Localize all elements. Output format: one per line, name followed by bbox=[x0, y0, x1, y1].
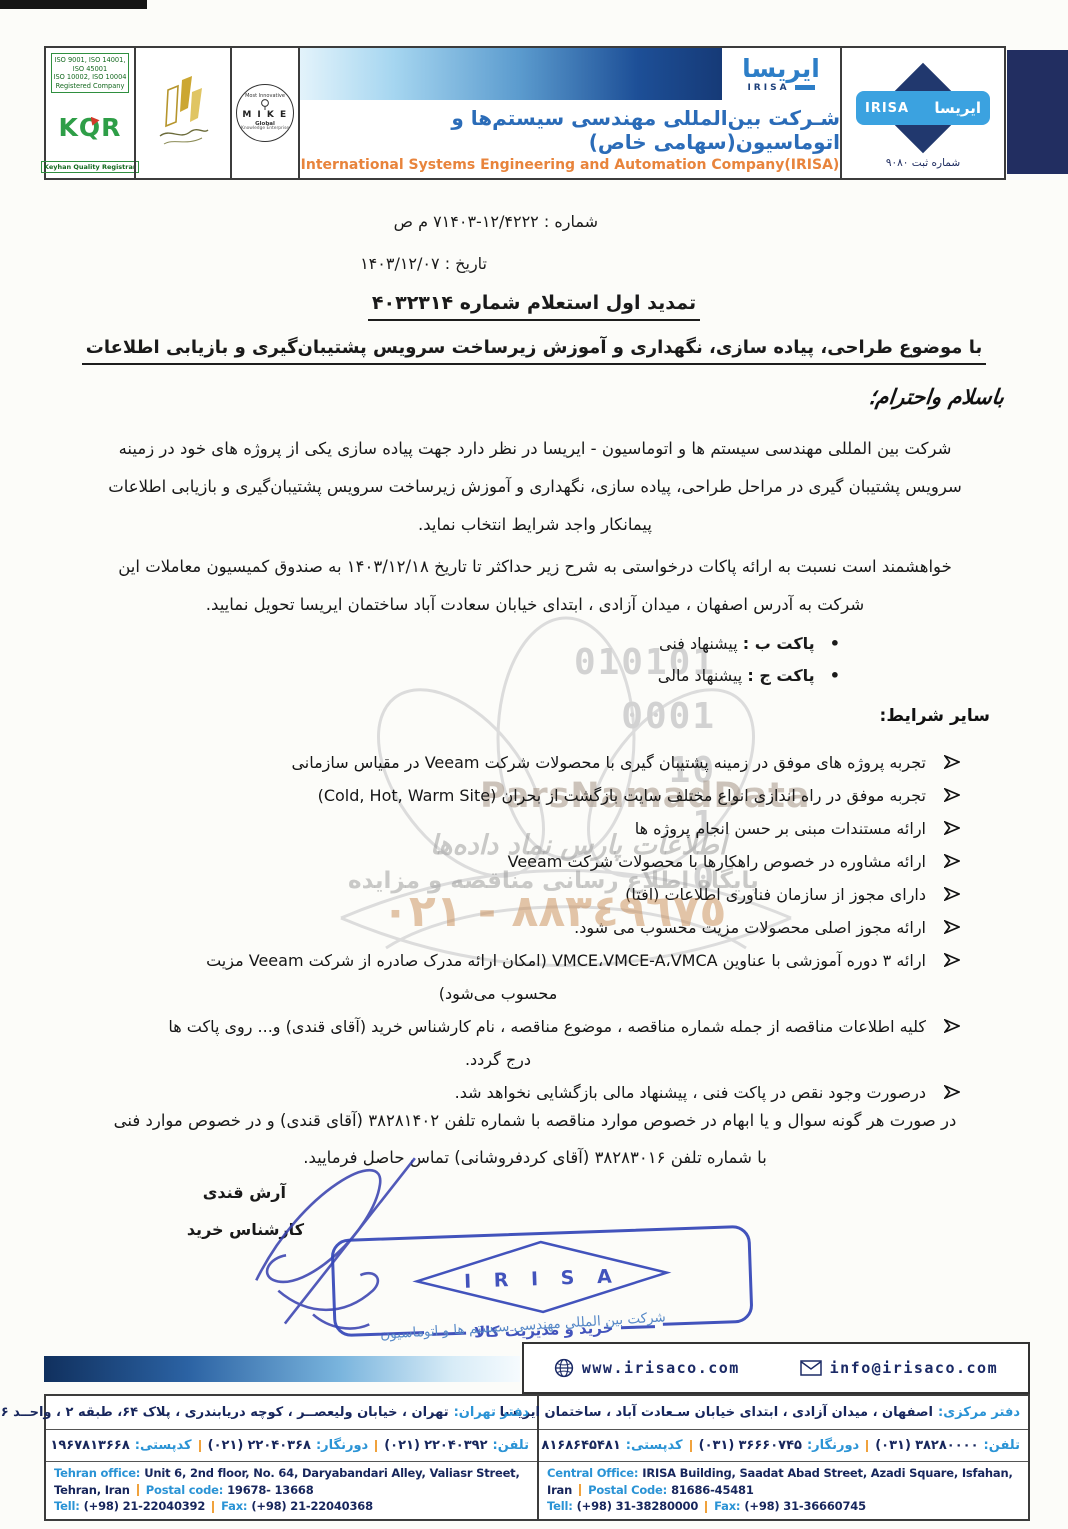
postal-value: ۱۹۶۷۸۱۳۶۶۸ bbox=[50, 1438, 129, 1453]
email-link[interactable]: info@irisaco.com bbox=[800, 1359, 999, 1377]
packet-label: پاکت ب : bbox=[743, 634, 815, 653]
fax-value: ۳۶۶۶۰۷۴۵ bbox=[738, 1438, 801, 1453]
arrow-bullet-icon bbox=[944, 821, 960, 835]
paragraph-line: پیمانکار واجد شرایط انتخاب نماید. bbox=[66, 506, 1004, 544]
divider bbox=[690, 1440, 692, 1452]
paragraph-line: شرکت به آدرس اصفهان ، میدان آزادی ، ابتد… bbox=[66, 586, 1004, 624]
fax-label-en: Fax: bbox=[714, 1499, 740, 1513]
divider bbox=[212, 1501, 214, 1513]
kqr-certification-logo: ISO 9001, ISO 14001, ISO 45001 ISO 10002… bbox=[46, 48, 134, 178]
irisa-wordmark-en: IRISA bbox=[747, 83, 789, 93]
letter-number-label: شماره : bbox=[544, 212, 598, 231]
paragraph-line: با شماره تلفن ۳۸۲۸۳۰۱۶ (آقای کردفروشانی)… bbox=[66, 1139, 1004, 1176]
paragraph-intro: شرکت بین المللی مهندسی سیستم ها و اتوماس… bbox=[66, 430, 1004, 544]
arrow-bullet-icon bbox=[944, 953, 960, 967]
letterhead-main-cell: ایریسا IRISA شـرکت بین‌المللی مهندسی سیس… bbox=[298, 48, 840, 178]
list-item: تجربه پروژه های موفق در زمینه پشتیبان گی… bbox=[70, 746, 962, 779]
tehran-phone-row: تلفن: ۲۲۰۴۰۳۹۲ (۰۲۱) دورنگار: ۲۲۰۴۰۳۶۸ (… bbox=[46, 1430, 537, 1462]
postal-label: کدپستی: bbox=[626, 1438, 683, 1453]
conditions-heading: سایر شرایط: bbox=[880, 706, 990, 726]
central-office-address-en: IRISA Building, Saadat Abad Street, Azad… bbox=[642, 1466, 1012, 1480]
navy-side-band bbox=[1007, 50, 1068, 174]
postal-label-en: Postal Code: bbox=[588, 1483, 667, 1497]
iso-standards-box: ISO 9001, ISO 14001, ISO 45001 ISO 10002… bbox=[51, 53, 129, 93]
website-url[interactable]: www.irisaco.com bbox=[582, 1359, 740, 1377]
arrow-bullet-icon bbox=[944, 1085, 960, 1099]
tel-value-en: (+98) 31-38280000 bbox=[577, 1499, 699, 1513]
divider bbox=[866, 1440, 868, 1452]
divider bbox=[199, 1440, 201, 1452]
tel-label-en: Tell: bbox=[547, 1499, 573, 1513]
fax-area-code: (۰۲۱) bbox=[208, 1438, 244, 1453]
fax-value-en: (+98) 21-22040368 bbox=[251, 1499, 373, 1513]
paragraph-line: شرکت بین المللی مهندسی سیستم ها و اتوماس… bbox=[66, 430, 1004, 468]
tel-label: تلفن: bbox=[493, 1438, 529, 1453]
tel-area-code: (۰۲۱) bbox=[384, 1438, 420, 1453]
iso-line-2: ISO 10002, ISO 10004 bbox=[53, 73, 127, 82]
list-item: ارائه مستندات مبنی بر حسن انجام پروژه ها bbox=[70, 812, 962, 845]
mike-circle-icon: Most Innovative M I K E Global Knowledge… bbox=[236, 84, 294, 142]
footer-gradient-bar bbox=[44, 1356, 520, 1382]
list-item: • پاکت ب : پیشنهاد فنی bbox=[658, 628, 840, 660]
excellence-award-logo bbox=[134, 48, 230, 178]
conditions-list: تجربه پروژه های موفق در زمینه پشتیبان گی… bbox=[70, 746, 962, 1109]
blue-gradient-band bbox=[300, 48, 722, 100]
scan-artifact bbox=[0, 0, 147, 9]
fax-label: دورنگار: bbox=[807, 1438, 859, 1453]
tel-label-en: Tell: bbox=[54, 1499, 80, 1513]
fax-label: دورنگار: bbox=[316, 1438, 368, 1453]
list-item-continuation: محسوب می‌شود) bbox=[70, 977, 926, 1010]
tehran-english-block: Tehran office:Unit 6, 2nd floor, No. 64,… bbox=[46, 1462, 537, 1519]
central-office-label: دفتر مرکزی: bbox=[938, 1405, 1020, 1420]
email-address[interactable]: info@irisaco.com bbox=[830, 1359, 999, 1377]
header-gradient-strip: ایریسا IRISA bbox=[300, 48, 840, 100]
country-en: Iran bbox=[547, 1483, 572, 1497]
postal-label: کدپستی: bbox=[135, 1438, 192, 1453]
list-item-continuation: درج گردد. bbox=[70, 1043, 926, 1076]
tehran-office-address: تهران ، خیابان ولیعصــر ، کوچه دریابندری… bbox=[1, 1405, 449, 1420]
postal-value: ۸۱۶۸۶۴۵۴۸۱ bbox=[541, 1438, 620, 1453]
list-item: ارائه ۳ دوره آموزشی با عناوین VMCE،VMCE-… bbox=[70, 944, 962, 1010]
tehran-office-label-en: Tehran office: bbox=[54, 1466, 140, 1480]
letter-date-value: ۱۴۰۳/۱۲/۰۷ bbox=[360, 254, 440, 273]
watermark-binary-2: 0001 bbox=[538, 699, 716, 735]
kqr-wordmark: KQR bbox=[59, 115, 122, 140]
arrow-bullet-icon bbox=[944, 755, 960, 769]
packet-text: پیشنهاد مالی bbox=[658, 666, 743, 685]
fax-value-en: (+98) 31-36660745 bbox=[744, 1499, 866, 1513]
iso-line-3: Registered Company bbox=[53, 82, 127, 91]
letter-title: تمدید اول استعلام شماره ۴۰۳۲۳۱۴ bbox=[0, 292, 1068, 321]
wordmark-dash bbox=[795, 85, 815, 90]
letter-subject: با موضوع طراحی، پیاده سازی، نگهداری و آم… bbox=[0, 337, 1068, 365]
registry-name-en: IRISA bbox=[865, 101, 909, 116]
letter-date-label: تاریخ : bbox=[445, 254, 487, 273]
packet-label: پاکت ج : bbox=[747, 666, 814, 685]
central-office-label-en: Central Office: bbox=[547, 1466, 638, 1480]
central-phone-row: تلفن: ۳۸۲۸۰۰۰۰ (۰۳۱) دورنگار: ۳۶۶۶۰۷۴۵ (… bbox=[539, 1430, 1028, 1462]
tehran-address-fa: دفتر تهران: تهران ، خیابان ولیعصــر ، کو… bbox=[46, 1396, 537, 1430]
mike-bottom-text: Knowledge Enterprise bbox=[241, 127, 289, 132]
letter-date-line: تاریخ : ۱۴۰۳/۱۲/۰۷ bbox=[360, 254, 487, 273]
arrow-bullet-icon bbox=[944, 788, 960, 802]
website-link[interactable]: www.irisaco.com bbox=[554, 1358, 740, 1378]
footer-contact-box: www.irisaco.com info@irisaco.com bbox=[522, 1342, 1030, 1394]
paragraph-line: در صورت هر گونه سوال و یا ابهام در خصوص … bbox=[66, 1102, 1004, 1139]
mike-letters: M I K E bbox=[242, 111, 287, 121]
paragraph-line: سرویس پشتیبان گیری در مراحل طراحی، پیاده… bbox=[66, 468, 1004, 506]
fax-area-code: (۰۳۱) bbox=[699, 1438, 735, 1453]
letter-number-value: ۷۱۴۰۳-۱۲/۴۲۲۲ bbox=[433, 212, 539, 231]
divider bbox=[579, 1484, 581, 1496]
postal-value-en: 19678- 13668 bbox=[227, 1483, 313, 1497]
registry-logo-cell: ایریسا IRISA شماره ثبت ۹۰۸۰ bbox=[840, 48, 1004, 178]
list-item: ارائه مجوز اصلی محصولات مزیت محسوب می شو… bbox=[70, 911, 962, 944]
irisa-wordmark-box: ایریسا IRISA bbox=[722, 48, 840, 100]
central-address-fa: دفتر مرکزی: اصفهان ، میدان آزادی ، ابتدا… bbox=[539, 1396, 1028, 1430]
tel-value: ۳۸۲۸۰۰۰۰ bbox=[915, 1438, 978, 1453]
footer-central-office: دفتر مرکزی: اصفهان ، میدان آزادی ، ابتدا… bbox=[537, 1396, 1028, 1519]
salutation: باسلام واحترام؛ bbox=[868, 385, 1006, 409]
footer-table: دفتر مرکزی: اصفهان ، میدان آزادی ، ابتدا… bbox=[44, 1394, 1030, 1521]
arrow-bullet-icon bbox=[944, 854, 960, 868]
mike-award-logo: Most Innovative M I K E Global Knowledge… bbox=[230, 48, 298, 178]
scanned-letter-page: 010101 0001 10 1 0 ParsNamadData اطلاعات… bbox=[0, 0, 1068, 1529]
tel-area-code: (۰۳۱) bbox=[875, 1438, 911, 1453]
packet-list: • پاکت ب : پیشنهاد فنی • پاکت ج : پیشنها… bbox=[658, 628, 840, 692]
postal-value-en: 81686-45481 bbox=[671, 1483, 754, 1497]
fax-label-en: Fax: bbox=[221, 1499, 247, 1513]
closing-paragraph: در صورت هر گونه سوال و یا ابهام در خصوص … bbox=[66, 1102, 1004, 1176]
list-item: ارائه مشاوره در خصوص راهکارها با محصولات… bbox=[70, 845, 962, 878]
packet-text: پیشنهاد فنی bbox=[659, 634, 738, 653]
fax-value: ۲۲۰۴۰۳۶۸ bbox=[247, 1438, 310, 1453]
company-name-fa: شـرکت بین‌المللی مهندسی سیستم‌ها و اتوما… bbox=[300, 106, 840, 154]
list-item: دارای مجوز از سازمان فناوری اطلاعات (افت… bbox=[70, 878, 962, 911]
arrow-bullet-icon bbox=[944, 887, 960, 901]
tel-value: ۲۲۰۴۰۳۹۲ bbox=[424, 1438, 487, 1453]
list-item: • پاکت ج : پیشنهاد مالی bbox=[658, 660, 840, 692]
envelope-icon bbox=[800, 1360, 822, 1376]
iso-line-1: ISO 9001, ISO 14001, ISO 45001 bbox=[53, 56, 127, 73]
globe-icon bbox=[554, 1358, 574, 1378]
registry-band: ایریسا IRISA bbox=[856, 91, 990, 125]
tehran-office-address-en: Unit 6, 2nd floor, No. 64, Daryabandari … bbox=[144, 1466, 519, 1480]
paragraph-submission: خواهشمند است نسبت به ارائه پاکات درخواست… bbox=[66, 548, 1004, 624]
registry-number: شماره ثبت ۹۰۸۰ bbox=[842, 157, 1004, 169]
tehran-office-label: دفتر تهران: bbox=[454, 1405, 529, 1420]
footer-tehran-office: دفتر تهران: تهران ، خیابان ولیعصــر ، کو… bbox=[46, 1396, 537, 1519]
company-name-en: International Systems Engineering and Au… bbox=[301, 157, 840, 173]
arrow-bullet-icon bbox=[944, 920, 960, 934]
central-office-address: اصفهان ، میدان آزادی ، ابتدای خیابان سـع… bbox=[500, 1405, 933, 1420]
kqr-caption: Keyhan Quality Registrar bbox=[41, 161, 139, 173]
paragraph-line: خواهشمند است نسبت به ارائه پاکات درخواست… bbox=[66, 548, 1004, 586]
letterhead: ISO 9001, ISO 14001, ISO 45001 ISO 10002… bbox=[44, 46, 1006, 180]
letter-number-line: شماره : ۷۱۴۰۳-۱۲/۴۲۲۲ م ص bbox=[394, 212, 598, 231]
stamp-irisa-text: I R I S A bbox=[464, 1265, 620, 1292]
list-item: تجربه موفق در راه اندازی انواع مختلف سای… bbox=[70, 779, 962, 812]
list-item: کلیه اطلاعات مناقصه از جمله شماره مناقصه… bbox=[70, 1010, 962, 1076]
country-en: Tehran, Iran bbox=[54, 1483, 130, 1497]
letter-number-suffix: م ص bbox=[394, 212, 428, 231]
arrow-bullet-icon bbox=[944, 1019, 960, 1033]
bullet-dot-icon: • bbox=[830, 666, 840, 685]
divider bbox=[705, 1501, 707, 1513]
gold-emblem-icon bbox=[152, 74, 214, 152]
divider bbox=[137, 1484, 139, 1496]
company-names: شـرکت بین‌المللی مهندسی سیستم‌ها و اتوما… bbox=[300, 100, 840, 178]
divider bbox=[375, 1440, 377, 1452]
bullet-dot-icon: • bbox=[830, 634, 840, 653]
irisa-wordmark-fa: ایریسا bbox=[742, 56, 820, 81]
registry-name-fa: ایریسا bbox=[934, 99, 981, 117]
tel-value-en: (+98) 21-22040392 bbox=[84, 1499, 206, 1513]
central-english-block: Central Office:IRISA Building, Saadat Ab… bbox=[539, 1462, 1028, 1519]
postal-label-en: Postal code: bbox=[146, 1483, 223, 1497]
tel-label: تلفن: bbox=[984, 1438, 1020, 1453]
